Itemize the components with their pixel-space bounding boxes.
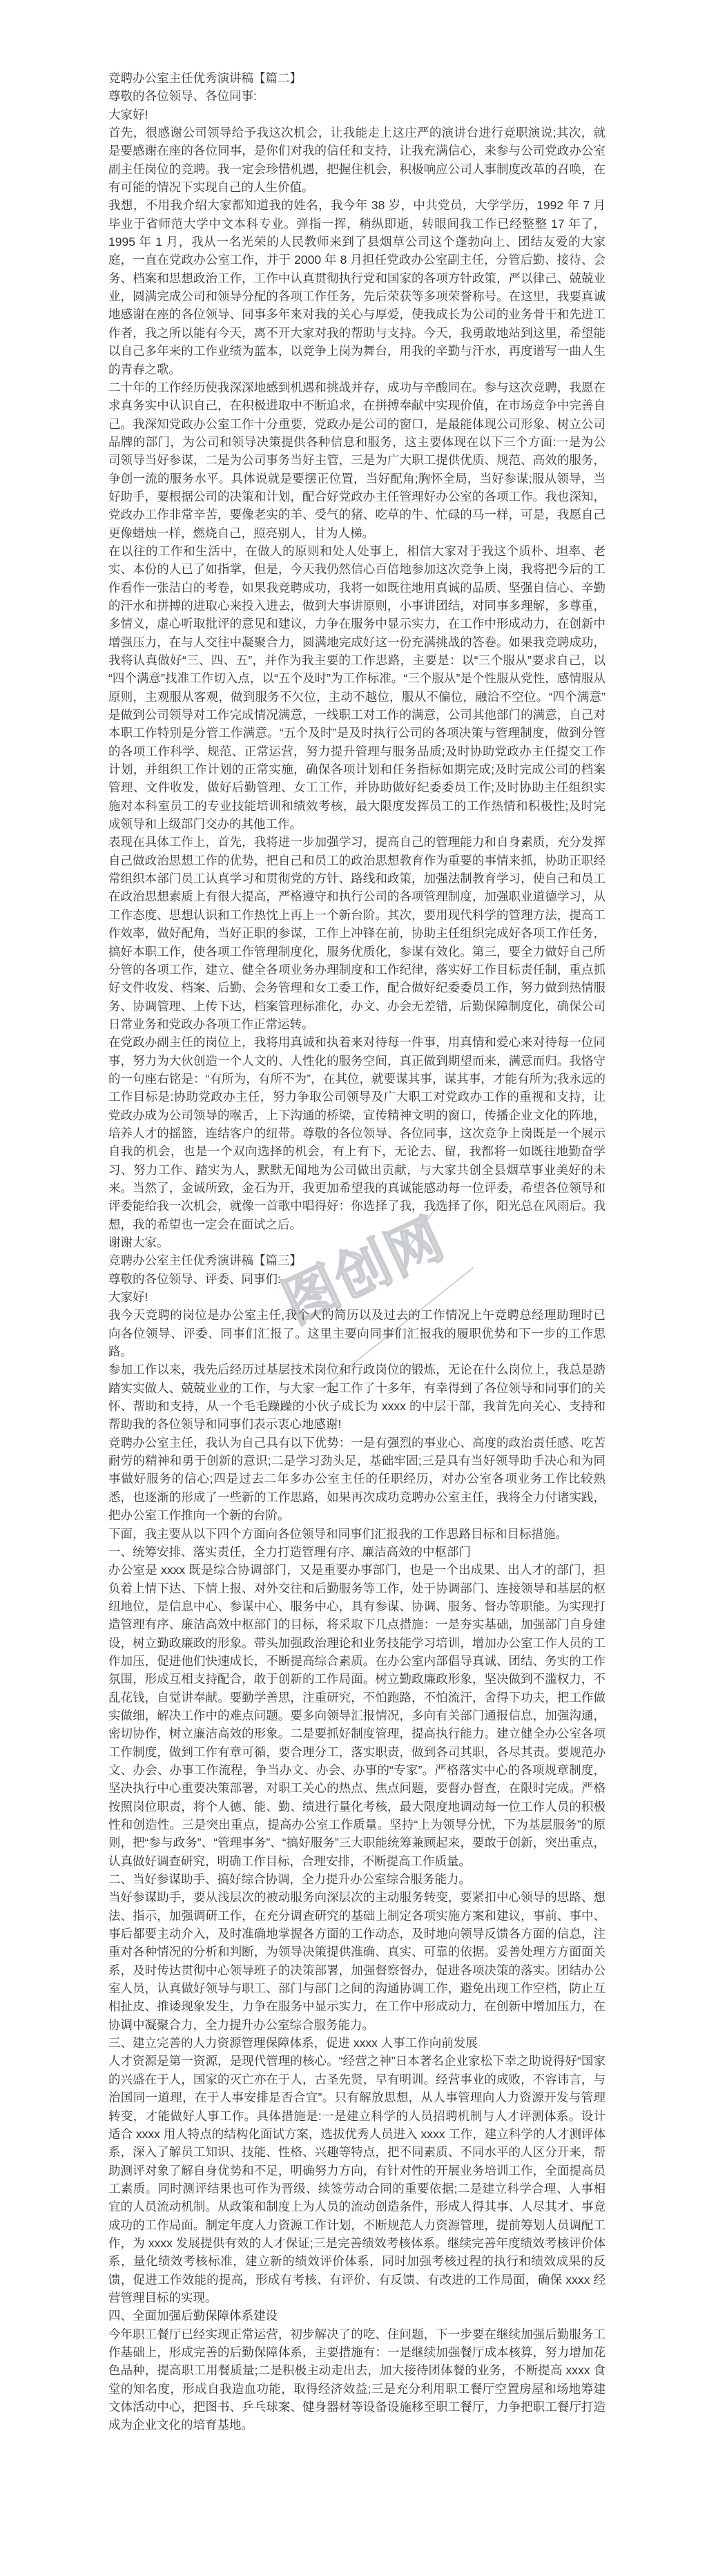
- section-title: 竞聘办公室主任优秀演讲稿【篇二】: [108, 69, 606, 87]
- paragraph: 参加工作以来，我先后经历过基层技术岗位和行政岗位的锻炼，无论在什么岗位上，我总是…: [108, 1361, 606, 1433]
- paragraph: 办公室是 xxxx 既是综合协调部门，又是重要办事部门，也是一个出成果、出人才的…: [108, 1561, 606, 1870]
- paragraph: 三、建立完善的人力资源管理保障体系，促进 xxxx 人事工作向前发展: [108, 2034, 606, 2052]
- paragraph: 大家好!: [108, 106, 606, 124]
- paragraph: 今年职工餐厅已经实现正常运营，初步解决了的吃、住问题，下一步要在继续加强后勤服务…: [108, 2325, 606, 2434]
- paragraph: 在以往的工作和生活中，在做人的原则和处人处事上，相信大家对于我这个质朴、坦率、老…: [108, 542, 606, 834]
- paragraph: 人才资源是第一资源，是现代管理的核心。“经营之神”日本著名企业家松下幸之助说得好…: [108, 2052, 606, 2307]
- document-page: 图创网 竞聘办公室主任优秀演讲稿【篇二】尊敬的各位领导、各位同事:大家好!首先，…: [0, 0, 707, 2576]
- document-body: 竞聘办公室主任优秀演讲稿【篇二】尊敬的各位领导、各位同事:大家好!首先，很感谢公…: [108, 69, 606, 2434]
- section-title: 竞聘办公室主任优秀演讲稿【篇三】: [108, 1251, 606, 1269]
- paragraph: 大家好!: [108, 1288, 606, 1306]
- paragraph: 当好参谋助手，要从浅层次的被动服务向深层次的主动服务转变，要紧扣中心领导的思路、…: [108, 1888, 606, 2034]
- paragraph: 在党政办副主任的岗位上，我将用真诚和执着来对待每一件事，用真情和爱心来对待每一位…: [108, 1033, 606, 1233]
- paragraph: 首先，很感谢公司领导给予我这次机会，让我能走上这庄严的演讲台进行竞职演说;其次，…: [108, 124, 606, 196]
- paragraph: 谢谢大家。: [108, 1233, 606, 1251]
- paragraph: 下面，我主要从以下四个方面向各位领导和同事们汇报我的工作思路目标和目标措施。: [108, 1525, 606, 1543]
- paragraph: 尊敬的各位领导、评委、同事们:: [108, 1270, 606, 1288]
- paragraph: 四、全面加强后勤保障体系建设: [108, 2307, 606, 2325]
- paragraph: 我想，不用我介绍大家都知道我的姓名，我今年 38 岁，中共党员，大学学历，199…: [108, 196, 606, 378]
- paragraph: 表现在具体工作上，首先，我将进一步加强学习，提高自己的管理能力和自身素质，充分发…: [108, 833, 606, 1033]
- paragraph: 我今天竞聘的岗位是办公室主任,我个人的简历以及过去的工作情况上午竞聘总经理助理时…: [108, 1306, 606, 1361]
- paragraph: 尊敬的各位领导、各位同事:: [108, 87, 606, 105]
- paragraph: 竞聘办公室主任，我认为自己具有以下优势：一是有强烈的事业心、高度的政治责任感、吃…: [108, 1434, 606, 1525]
- paragraph: 二、当好参谋助手、搞好综合协调，全力提升办公室综合服务能力。: [108, 1870, 606, 1888]
- paragraph: 一、统筹安排、落实责任，全力打造管理有序、廉洁高效的中枢部门: [108, 1543, 606, 1561]
- paragraph: 二十年的工作经历使我深深地感到机遇和挑战并存，成功与辛酸同在。参与这次竞聘，我愿…: [108, 378, 606, 542]
